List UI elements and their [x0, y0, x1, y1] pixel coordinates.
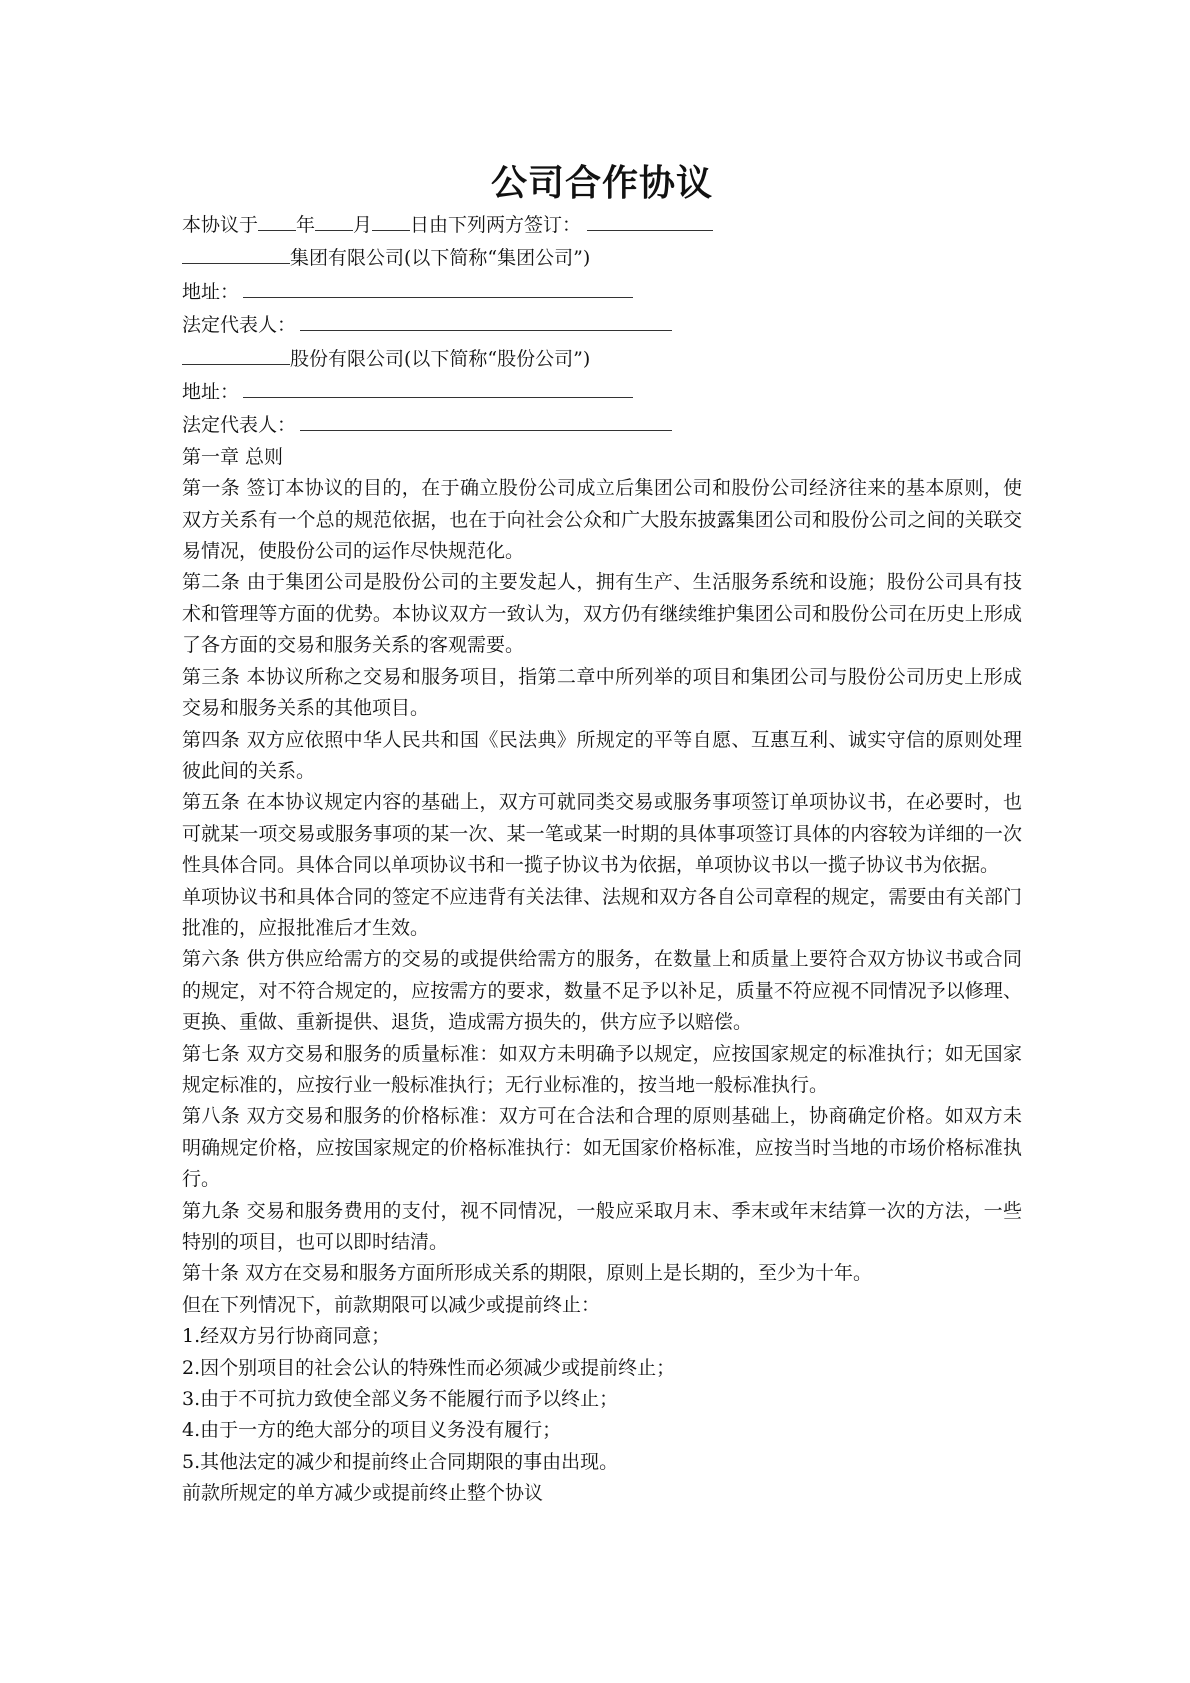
- list-item: 5.其他法定的减少和提前终止合同期限的事由出现。: [182, 1447, 1022, 1478]
- article-10: 第十条 双方在交易和服务方面所形成关系的期限，原则上是长期的，至少为十年。: [182, 1258, 1022, 1289]
- signing-date-line: 本协议于年月日由下列两方签订：: [182, 208, 1022, 241]
- article-3: 第三条 本协议所称之交易和服务项目，指第二章中所列举的项目和集团公司与股份公司历…: [182, 662, 1022, 725]
- document-page: 公司合作协议 本协议于年月日由下列两方签订： 集团有限公司(以下简称“集团公司”…: [182, 160, 1022, 1510]
- party-b-address-blank[interactable]: [243, 375, 633, 398]
- party-a-rep-line: 法定代表人：: [182, 308, 1022, 341]
- article-8: 第八条 双方交易和服务的价格标准：双方可在合法和合理的原则基础上，协商确定价格。…: [182, 1101, 1022, 1195]
- article-5: 第五条 在本协议规定内容的基础上，双方可就同类交易或服务事项签订单项协议书，在必…: [182, 787, 1022, 881]
- sign-prefix: 本协议于: [182, 214, 258, 236]
- party-a-address-label: 地址：: [182, 281, 239, 303]
- party-a-address-line: 地址：: [182, 275, 1022, 308]
- party-a-rep-blank[interactable]: [300, 308, 672, 331]
- article-4: 第四条 双方应依照中华人民共和国《民法典》所规定的平等自愿、互惠互利、诚实守信的…: [182, 725, 1022, 788]
- party-a-rep-label: 法定代表人：: [182, 314, 296, 336]
- list-item: 4.由于一方的绝大部分的项目义务没有履行；: [182, 1415, 1022, 1446]
- party-a-name-line: 集团有限公司(以下简称“集团公司”): [182, 241, 1022, 274]
- day-suffix: 日由下列两方签订：: [410, 214, 581, 236]
- month-blank[interactable]: [315, 208, 353, 231]
- party-b-address-label: 地址：: [182, 381, 239, 403]
- party-b-name-blank[interactable]: [182, 342, 290, 365]
- chapter-heading: 第一章 总则: [182, 442, 1022, 473]
- article-9: 第九条 交易和服务费用的支付，视不同情况，一般应采取月末、季末或年末结算一次的方…: [182, 1196, 1022, 1259]
- party-a-name-blank[interactable]: [182, 241, 290, 264]
- party-b-rep-line: 法定代表人：: [182, 408, 1022, 441]
- article-1: 第一条 签订本协议的目的，在于确立股份公司成立后集团公司和股份公司经济往来的基本…: [182, 473, 1022, 567]
- year-label: 年: [296, 214, 315, 236]
- day-blank[interactable]: [372, 208, 410, 231]
- article-2: 第二条 由于集团公司是股份公司的主要发起人，拥有生产、生活服务系统和设施；股份公…: [182, 567, 1022, 661]
- year-blank[interactable]: [258, 208, 296, 231]
- article-6: 第六条 供方供应给需方的交易的或提供给需方的服务，在数量上和质量上要符合双方协议…: [182, 944, 1022, 1038]
- party-b-rep-label: 法定代表人：: [182, 414, 296, 436]
- party-b-rep-blank[interactable]: [300, 408, 672, 431]
- signing-blank[interactable]: [587, 208, 713, 231]
- party-a-address-blank[interactable]: [243, 275, 633, 298]
- party-b-address-line: 地址：: [182, 375, 1022, 408]
- list-item: 1.经双方另行协商同意；: [182, 1321, 1022, 1352]
- document-title: 公司合作协议: [182, 160, 1022, 208]
- closing-paragraph: 前款所规定的单方减少或提前终止整个协议: [182, 1478, 1022, 1509]
- article-5-supplement: 单项协议书和具体合同的签定不应违背有关法律、法规和双方各自公司章程的规定，需要由…: [182, 882, 1022, 945]
- list-item: 2.因个别项目的社会公认的特殊性而必须减少或提前终止；: [182, 1353, 1022, 1384]
- party-a-name: 集团有限公司(以下简称“集团公司”): [290, 247, 590, 269]
- party-b-name-line: 股份有限公司(以下简称“股份公司”): [182, 342, 1022, 375]
- list-item: 3.由于不可抗力致使全部义务不能履行而予以终止；: [182, 1384, 1022, 1415]
- month-label: 月: [353, 214, 372, 236]
- article-10-conditions-intro: 但在下列情况下，前款期限可以减少或提前终止：: [182, 1290, 1022, 1321]
- article-7: 第七条 双方交易和服务的质量标准：如双方未明确予以规定，应按国家规定的标准执行；…: [182, 1039, 1022, 1102]
- party-b-name: 股份有限公司(以下简称“股份公司”): [290, 348, 590, 370]
